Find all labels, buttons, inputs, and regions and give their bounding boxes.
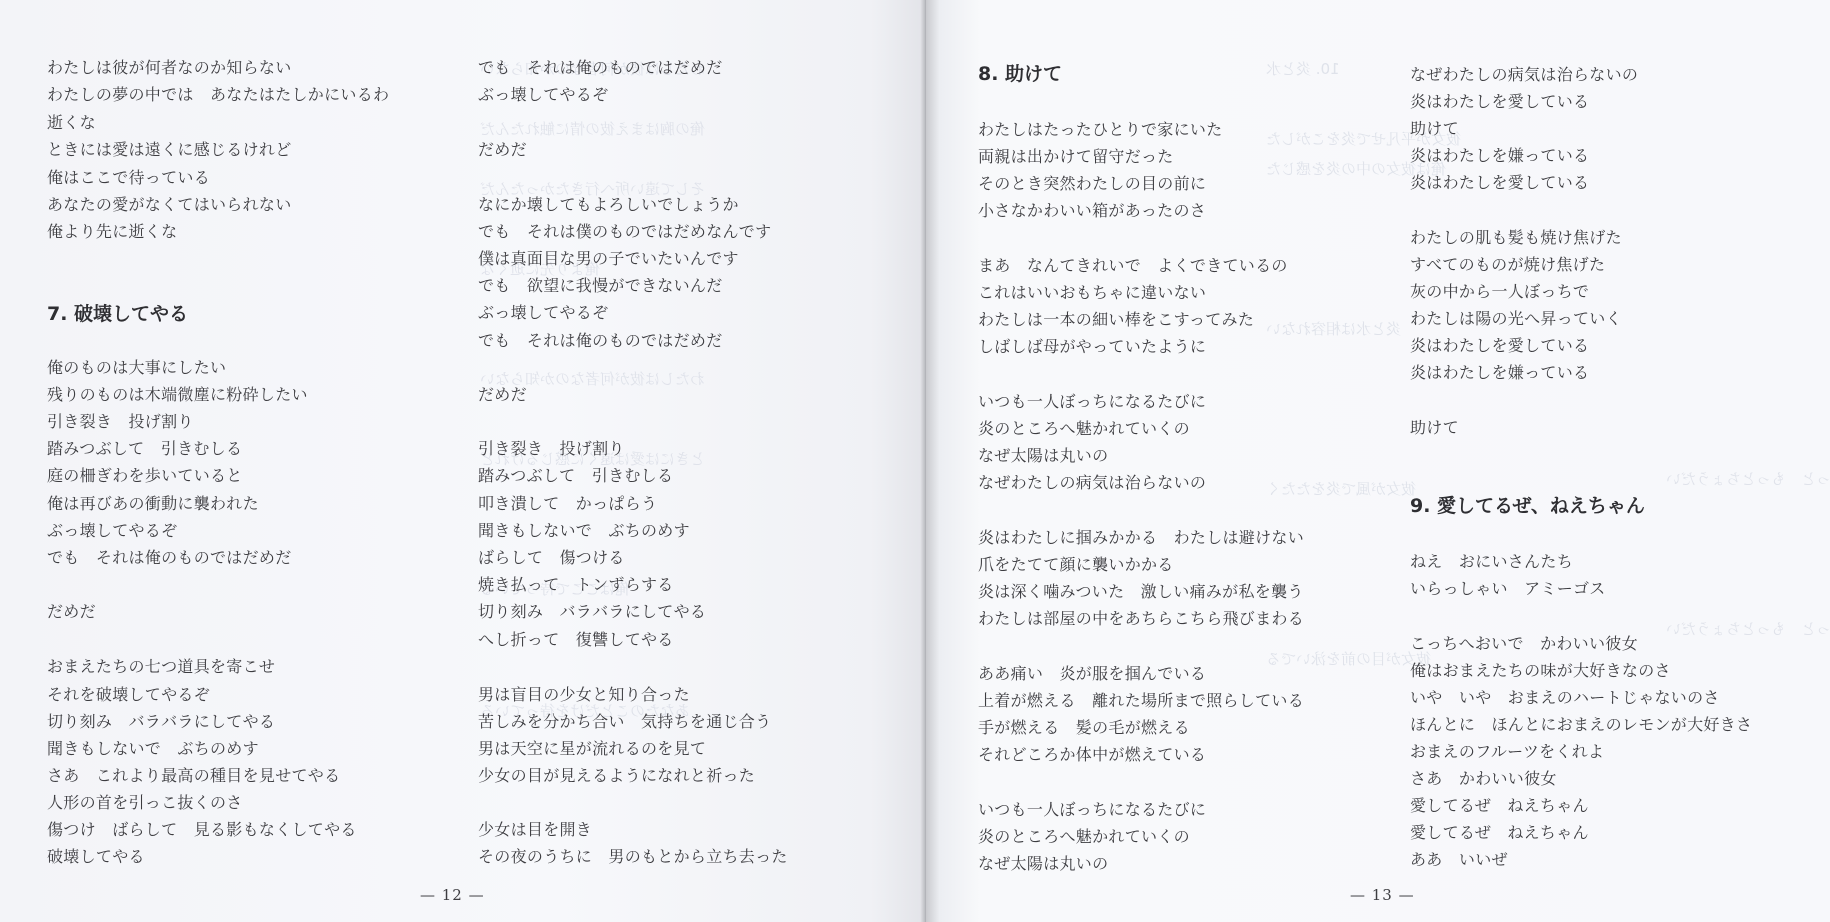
lyric-line: 助けて <box>1410 119 1459 139</box>
lyric-line: ぶっ壊してやるぞ <box>478 85 608 105</box>
lyric-line: 破壊してやる <box>47 847 145 867</box>
lyric-line: 炎はわたしを嫌っている <box>1410 363 1589 383</box>
lyric-line: わたしは陽の光へ昇っていく <box>1410 309 1622 329</box>
lyric-line: なぜ太陽は丸いの <box>978 446 1108 466</box>
lyric-line: 俺より先に逝くな <box>47 222 177 242</box>
lyric-line: 残りのものは木端微塵に粉砕したい <box>47 385 308 405</box>
song-title: 9. 愛してるぜ、ねえちゃん <box>1410 494 1645 518</box>
lyric-line: わたしの夢の中では あなたはたしかにいるわ <box>47 85 389 105</box>
song-title: 8. 助けて <box>978 62 1062 86</box>
lyric-line: わたしは一本の細い棒をこすってみた <box>978 310 1254 330</box>
lyric-line: ほんとに ほんとにおまえのレモンが大好きさ <box>1410 715 1752 735</box>
left-page: わたしは彼が何者なのか知らない 俺の胸はまえ彼の情に触れたんだ そして遠い所へ行… <box>0 0 926 922</box>
lyric-line: 炎のところへ魅かれていくの <box>978 827 1190 847</box>
lyric-line: 苦しみを分かち合い 気持ちを通じ合う <box>478 712 771 732</box>
lyric-line: でも それは俺のものではだめだ <box>478 331 723 351</box>
lyric-line: おまえたちの七つ道具を寄こせ <box>47 657 275 677</box>
right-page: 10. 炎と水 彼女が平凡せで炎をこがした 俺は彼女の中の炎を感じた 炎と水は相… <box>926 0 1830 922</box>
lyric-line: わたしは部屋の中をあちらこちら飛びまわる <box>978 609 1304 629</box>
lyric-line: だめだ <box>47 602 96 622</box>
lyric-line: しばしば母がやっていたように <box>978 337 1206 357</box>
lyric-line: なにか壊してもよろしいでしょうか <box>478 195 739 215</box>
lyric-line: ときには愛は遠くに感じるけれど <box>47 140 292 160</box>
lyric-line: 上着が燃える 離れた場所まで照らしている <box>978 691 1304 711</box>
lyric-line: 男は盲目の少女と知り合った <box>478 685 690 705</box>
lyric-line: でも それは俺のものではだめだ <box>478 58 723 78</box>
lyric-line: おまえのフルーツをくれよ <box>1410 742 1604 762</box>
lyric-line: わたしは彼が何者なのか知らない <box>47 58 292 78</box>
lyric-line: 傷つけ ばらして 見る影もなくしてやる <box>47 820 357 840</box>
lyric-line: いや いや おまえのハートじゃないのさ <box>1410 688 1720 708</box>
lyric-line: それを破壊してやるぞ <box>47 685 210 705</box>
lyric-line: なぜわたしの病気は治らないの <box>978 473 1206 493</box>
lyric-line: 踏みつぶして 引きむしる <box>47 439 242 459</box>
lyric-line: いつも一人ぼっちになるたびに <box>978 800 1206 820</box>
lyric-line: すべてのものが焼け焦げた <box>1410 255 1605 275</box>
lyric-line: 引き裂き 投げ割り <box>478 439 625 459</box>
lyric-line: ぶっ壊してやるぞ <box>47 521 177 541</box>
lyric-line: だめだ <box>478 140 527 160</box>
lyric-line: でも それは俺のものではだめだ <box>47 548 292 568</box>
show-through-text: 彼女が目の前を泳いでる <box>1266 648 1431 669</box>
lyric-line: 小さなかわいい箱があったのさ <box>978 201 1206 221</box>
lyric-line: それどころか体中が燃えている <box>978 745 1206 765</box>
lyric-line: わたしの肌も髪も焼け焦げた <box>1410 228 1622 248</box>
lyric-line: 俺のものは大事にしたい <box>47 358 226 378</box>
lyric-line: 逝くな <box>47 113 96 133</box>
booklet-spread: わたしは彼が何者なのか知らない 俺の胸はまえ彼の情に触れたんだ そして遠い所へ行… <box>0 0 1830 922</box>
lyric-line: ああ痛い 炎が服を掴んでいる <box>978 664 1206 684</box>
lyric-line: 助けて <box>1410 418 1459 438</box>
lyric-line: 庭の柵ぎわを歩いていると <box>47 466 243 486</box>
show-through-text: 10. 炎と水 <box>1266 58 1340 79</box>
song-title: 7. 破壊してやる <box>47 302 188 326</box>
lyric-line: 踏みつぶして 引きむしる <box>478 466 673 486</box>
lyric-line: 少女は目を開き <box>478 820 592 840</box>
lyric-line: なぜわたしの病気は治らないの <box>1410 65 1638 85</box>
lyric-line: さあ かわいい彼女 <box>1410 769 1557 789</box>
lyric-line: 俺は再びあの衝動に襲われた <box>47 494 259 514</box>
lyric-line: こっちへおいで かわいい彼女 <box>1410 634 1638 654</box>
lyric-line: 男は天空に星が流れるのを見て <box>478 739 706 759</box>
lyric-line: 俺はここで待っている <box>47 168 210 188</box>
lyric-line: 愛してるぜ ねえちゃん <box>1410 796 1589 816</box>
lyric-line: あなたの愛がなくてはいられない <box>47 195 292 215</box>
page-number: — 13 — <box>1350 886 1415 904</box>
lyric-line: 切り刻み バラバラにしてやる <box>47 712 275 732</box>
lyric-line: まあ なんてきれいで よくできているの <box>978 256 1288 276</box>
lyric-line: 聞きもしないで ぶちのめす <box>47 739 259 759</box>
lyric-line: 叩き潰して かっぱらう <box>478 494 657 514</box>
lyric-line: 人形の首を引っこ抜くのさ <box>47 793 243 813</box>
lyric-line: 焼き払って トンずらする <box>478 575 674 595</box>
lyric-line: へし折って 復讐してやる <box>478 630 674 650</box>
lyric-line: ねえ おにいさんたち <box>1410 552 1573 572</box>
lyric-line: だめだ <box>478 385 527 405</box>
lyric-line: これはいいおもちゃに違いない <box>978 283 1206 303</box>
show-through-text: 俺の胸はまえ彼の情に触れたんだ <box>480 118 705 139</box>
lyric-line: 少女の目が見えるようになれと祈った <box>478 766 755 786</box>
lyric-line: わたしはたったひとりで家にいた <box>978 120 1223 140</box>
show-through-text: 彼女が風で炎をたたく <box>1266 478 1416 499</box>
lyric-line: 炎はわたしを嫌っている <box>1410 146 1589 166</box>
lyric-line: 聞きもしないで ぶちのめす <box>478 521 690 541</box>
lyric-line: 炎はわたしに掴みかかる わたしは避けない <box>978 528 1304 548</box>
lyric-line: 炎は深く噛みついた 激しい痛みが私を襲う <box>978 582 1304 602</box>
lyric-line: 俺はおまえたちの味が大好きなのさ <box>1410 661 1671 681</box>
lyric-line: いつも一人ぼっちになるたびに <box>978 392 1206 412</box>
lyric-line: 両親は出かけて留守だった <box>978 147 1174 167</box>
lyric-line: 灰の中から一人ぼっちで <box>1410 282 1589 302</box>
lyric-line: 炎はわたしを愛している <box>1410 336 1589 356</box>
lyric-line: なぜ太陽は丸いの <box>978 854 1108 874</box>
lyric-line: 炎のところへ魅かれていくの <box>978 419 1190 439</box>
lyric-line: 炎はわたしを愛している <box>1410 173 1589 193</box>
lyric-line: 引き裂き 投げ割り <box>47 412 194 432</box>
lyric-line: ぶっ壊してやるぞ <box>478 303 608 323</box>
lyric-line: ばらして 傷つける <box>478 548 625 568</box>
show-through-text: 炎と水は相容れない <box>1266 318 1401 339</box>
lyric-line: 手が燃える 髪の毛が燃える <box>978 718 1190 738</box>
lyric-line: 切り刻み バラバラにしてやる <box>478 602 706 622</box>
show-through-text: もっと もっとちょうだい <box>1666 618 1830 639</box>
lyric-line: 炎はわたしを愛している <box>1410 92 1589 112</box>
lyric-line: いらっしゃい アミーゴス <box>1410 579 1606 599</box>
lyric-line: さあ これより最高の種目を見せてやる <box>47 766 340 786</box>
lyric-line: 愛してるぜ ねえちゃん <box>1410 823 1589 843</box>
lyric-line: その夜のうちに 男のもとから立ち去った <box>478 847 788 867</box>
lyric-line: 爪をたてて顔に襲いかかる <box>978 555 1174 575</box>
lyric-line: でも それは僕のものではだめなんです <box>478 222 771 242</box>
lyric-line: ああ いいぜ <box>1410 850 1508 870</box>
show-through-text: もっと もっとちょうだい <box>1666 468 1830 489</box>
page-number: — 12 — <box>420 886 485 904</box>
lyric-line: そのとき突然わたしの目の前に <box>978 174 1206 194</box>
lyric-line: 僕は真面目な男の子でいたいんです <box>478 249 739 269</box>
lyric-line: でも 欲望に我慢ができないんだ <box>478 276 723 296</box>
